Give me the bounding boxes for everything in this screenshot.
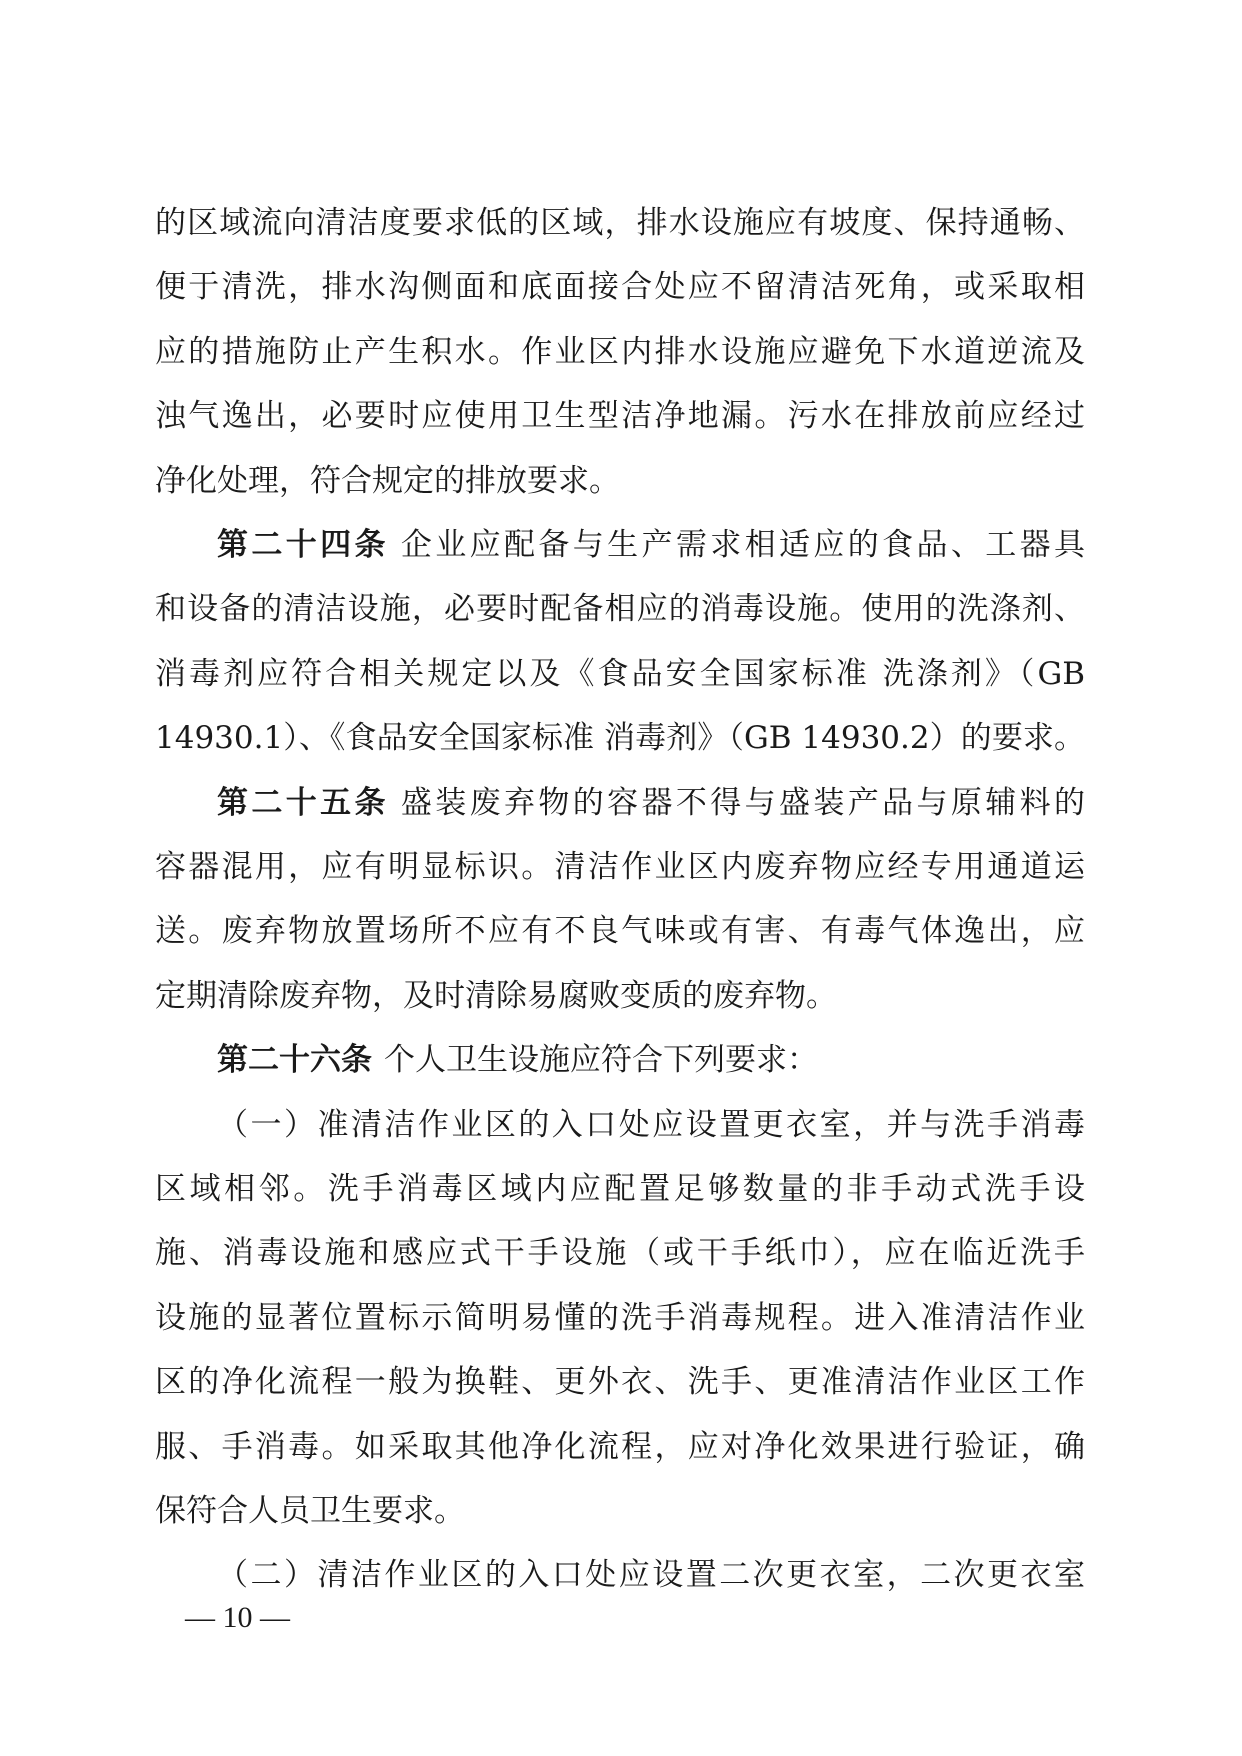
- paragraph-line: 便于清洗，排水沟侧面和底面接合处应不留清洁死角，或采取相: [155, 262, 1085, 312]
- paragraph-line: 保符合人员卫生要求。: [155, 1486, 1085, 1536]
- article-text: 个人卫生设施应符合下列要求：: [384, 1042, 818, 1078]
- paragraph-line: 区域相邻。洗手消毒区域内应配置足够数量的非手动式洗手设: [155, 1164, 1085, 1214]
- paragraph-line: 14930.1）、《食品安全国家标准 消毒剂》（GB 14930.2）的要求。: [155, 713, 1085, 763]
- paragraph-line: 净化处理，符合规定的排放要求。: [155, 456, 1085, 506]
- article-text: 企业应配备与生产需求相适应的食品、工器具: [401, 527, 1085, 563]
- paragraph-line: 设施的显著位置标示简明易懂的洗手消毒规程。进入准清洁作业: [155, 1293, 1085, 1343]
- paragraph-line: 容器混用，应有明显标识。清洁作业区内废弃物应经专用通道运: [155, 842, 1085, 892]
- paragraph-line: 的区域流向清洁度要求低的区域，排水设施应有坡度、保持通畅、: [155, 198, 1085, 248]
- item-1-first-line: （一）准清洁作业区的入口处应设置更衣室，并与洗手消毒: [217, 1100, 1085, 1150]
- article-26-first-line: 第二十六条个人卫生设施应符合下列要求：: [217, 1035, 1085, 1085]
- paragraph-line: 定期清除废弃物，及时清除易腐败变质的废弃物。: [155, 971, 1085, 1021]
- paragraph-line: 应的措施防止产生积水。作业区内排水设施应避免下水道逆流及: [155, 327, 1085, 377]
- article-label: 第二十六条: [217, 1042, 372, 1078]
- paragraph-line: 送。废弃物放置场所不应有不良气味或有害、有毒气体逸出，应: [155, 906, 1085, 956]
- page-number: — 10 —: [185, 1598, 290, 1638]
- article-label: 第二十四条: [217, 527, 389, 563]
- paragraph-line: 区的净化流程一般为换鞋、更外衣、洗手、更准清洁作业区工作: [155, 1357, 1085, 1407]
- paragraph-line: 和设备的清洁设施，必要时配备相应的消毒设施。使用的洗涤剂、: [155, 584, 1085, 634]
- article-text: 盛装废弃物的容器不得与盛装产品与原辅料的: [401, 785, 1085, 821]
- article-25-first-line: 第二十五条盛装废弃物的容器不得与盛装产品与原辅料的: [217, 778, 1085, 828]
- paragraph-line: 施、消毒设施和感应式干手设施（或干手纸巾），应在临近洗手: [155, 1228, 1085, 1278]
- article-24-first-line: 第二十四条企业应配备与生产需求相适应的食品、工器具: [217, 520, 1085, 570]
- article-label: 第二十五条: [217, 785, 389, 821]
- item-2-first-line: （二）清洁作业区的入口处应设置二次更衣室，二次更衣室: [217, 1550, 1085, 1600]
- paragraph-line: 消毒剂应符合相关规定以及《食品安全国家标准 洗涤剂》（GB: [155, 649, 1085, 699]
- paragraph-line: 服、手消毒。如采取其他净化流程，应对净化效果进行验证，确: [155, 1422, 1085, 1472]
- paragraph-line: 浊气逸出，必要时应使用卫生型洁净地漏。污水在排放前应经过: [155, 391, 1085, 441]
- document-page: 的区域流向清洁度要求低的区域，排水设施应有坡度、保持通畅、 便于清洗，排水沟侧面…: [0, 0, 1242, 1756]
